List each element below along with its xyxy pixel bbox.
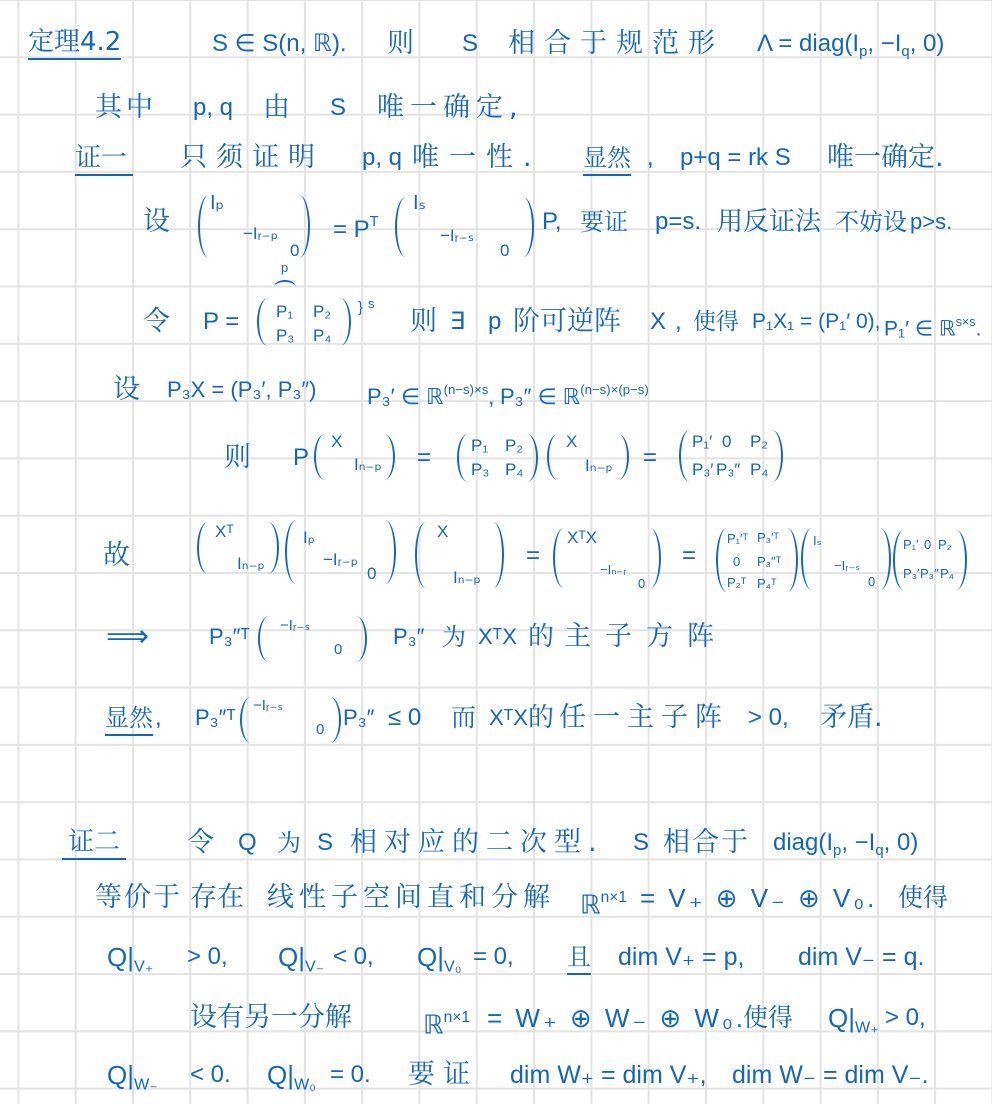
normal-form-sub-q: q: [901, 44, 909, 60]
left-paren: [257, 298, 268, 346]
normal-form: Λ = diag(Ip, −Iq, 0): [757, 28, 944, 60]
goal: p=s.: [655, 206, 701, 238]
but: 而: [451, 702, 476, 734]
matrix-entry: P₃″: [920, 566, 939, 582]
contradiction: 矛盾.: [820, 702, 883, 734]
subspace: W₊: [855, 1019, 879, 1037]
diag-rhs: , 0): [884, 829, 919, 856]
to-prove: 要证: [408, 1059, 478, 1091]
matrix-entry: Iₚ: [303, 528, 315, 548]
theorem-label: 定理4.2: [28, 26, 121, 60]
overbrace-icon: [274, 280, 296, 287]
matrix-entry: 0: [722, 432, 731, 452]
of: 的: [528, 702, 554, 734]
matrix-entry: −Iᵣ₋ₛ: [440, 226, 474, 246]
p3-transpose: P₃″ᵀ: [195, 702, 236, 734]
matrix-entry: P₃: [471, 460, 489, 480]
form-q: Q: [238, 827, 257, 859]
theorem-by: 由: [263, 92, 290, 124]
matrix-entry: Iₙ₋ₚ: [237, 554, 265, 574]
matrix-entry: P₂ᵀ: [727, 575, 746, 591]
matrix-entry: 0: [367, 564, 376, 584]
left-paren: [415, 522, 426, 588]
subspace: V₀: [444, 958, 461, 976]
subspace: V₋: [305, 958, 324, 976]
p3: P₃″: [343, 702, 374, 734]
left-paren: [457, 434, 468, 482]
gt-zero: > 0,: [748, 702, 789, 734]
real-dim: n×1: [444, 1009, 470, 1026]
matrix-entry: −Iᵣ₋ₛ: [834, 558, 860, 574]
xtx: XᵀX: [478, 621, 517, 653]
is: 为: [442, 621, 466, 653]
p1-in: P₁′ ∈ ℝ: [884, 317, 956, 340]
matrix-entry: 0: [316, 722, 324, 738]
such-that: 使得: [693, 306, 739, 338]
congruent-to: 相合于: [663, 827, 750, 859]
p1x1-equation: P₁X₁ = (P₁′ 0),: [752, 306, 880, 338]
left-paren: [285, 520, 296, 584]
right-paren: [772, 430, 783, 482]
equivalent-to: 等价于: [95, 882, 182, 914]
matrix-entry: 0: [733, 554, 740, 570]
dim-vminus: dim V₋ = q.: [798, 941, 924, 973]
implies-arrow-icon: ⟹: [106, 621, 149, 653]
right-paren: [523, 197, 534, 257]
proof1-label: 证一: [75, 142, 133, 176]
relation: = 0.: [330, 1059, 371, 1091]
q-restricted-vzero: Q|V₀: [417, 941, 461, 973]
of: 的: [528, 621, 554, 653]
transpose-mark: T: [370, 214, 379, 230]
q-bar: Q|: [107, 1060, 134, 1090]
q-restricted-vplus: Q|V₊: [107, 941, 153, 973]
matrix-entry: P₂: [938, 537, 952, 553]
matrix-entry: −Iₙ₋ᵣ: [600, 562, 626, 578]
p3a-in: P₃′ ∈ ℝ: [367, 384, 444, 409]
matrix-entry: Iₙ₋ₚ: [453, 568, 481, 588]
assumption: p>s.: [910, 206, 952, 238]
block-p4: P₄: [313, 326, 331, 346]
matrix-entry: Xᵀ: [215, 522, 234, 542]
eq-p: = P: [333, 216, 370, 243]
matrix-entry: Iₙ₋ₚ: [354, 455, 382, 475]
left-paren: [258, 616, 269, 662]
equals: =: [526, 540, 540, 572]
proof2-label: 证二: [62, 826, 126, 860]
such-that: 使得: [898, 882, 948, 914]
p3-prime-dimension: P₃′ ∈ ℝ(n−s)×s,: [367, 374, 494, 406]
w-decomposition: = W₊ ⊕ W₋ ⊕ W₀.: [487, 1002, 746, 1034]
right-paren: [340, 298, 351, 346]
right-paren: [299, 195, 310, 258]
diag-lhs: diag(I: [773, 829, 833, 856]
matrix-p: P: [293, 442, 309, 474]
matrix-entry: P₁′: [692, 432, 712, 452]
real-dim: n×1: [601, 889, 627, 906]
left-paren: [395, 197, 406, 257]
grid-note-page: 定理4.2 S ∈ S(n, ℝ). 则 S 相合于规范形 Λ = diag(I…: [0, 0, 992, 1104]
period: .: [976, 317, 982, 340]
p3a-dim: (n−s)×s: [444, 382, 489, 397]
row-brace-icon: }: [358, 298, 363, 318]
xtx: XᵀX: [489, 702, 528, 734]
real-symbol: ℝ: [580, 890, 601, 920]
matrix-entry: P₁′ᵀ: [727, 531, 748, 547]
matrix-entry: 0: [500, 241, 509, 261]
p1-dimension: P₁′ ∈ ℝs×s.: [884, 306, 981, 338]
theorem-then: 则: [387, 28, 414, 60]
direct-sum-decomposition: 线性子空间直和分解: [267, 882, 555, 914]
set: 设: [113, 374, 140, 406]
normal-form-lhs: Λ = diag(I: [757, 30, 859, 57]
theorem-pq: p, q: [193, 92, 233, 124]
matrix-entry: −Iᵣ₋ₚ: [323, 550, 358, 570]
q-restricted-wplus: Q|W₊: [828, 1002, 879, 1034]
matrix-entry: X: [437, 522, 448, 542]
proof1-only-need: 只须证明: [180, 142, 324, 174]
q-bar: Q|: [107, 942, 134, 972]
let: 令: [187, 827, 214, 859]
p3-double-prime-dimension: P₃″ ∈ ℝ(n−s)×(p−s): [500, 374, 649, 406]
theorem-subject: S: [462, 28, 478, 60]
q-bar: Q|: [828, 1003, 855, 1033]
p-eq: P =: [203, 306, 239, 338]
matrix-s: S: [317, 827, 333, 859]
right-paren: [384, 434, 395, 480]
block-p2: P₂: [313, 302, 331, 322]
relation: = 0,: [473, 941, 514, 973]
right-paren: [385, 520, 396, 584]
matrix-entry: Iₚ: [210, 193, 224, 213]
exists-symbol: ∃: [450, 306, 465, 338]
real-space: ℝn×1: [423, 1002, 470, 1034]
contradiction-method: 用反证法: [717, 206, 821, 238]
dim-vplus: dim V₊ = p,: [618, 941, 744, 973]
p3x-split: P₃X = (P₃′, P₃″): [167, 374, 316, 406]
matrix-entry: −Iᵣ₋ₛ: [253, 698, 283, 714]
left-paren: [547, 434, 558, 480]
real-symbol: ℝ: [423, 1010, 444, 1040]
relation: < 0,: [333, 941, 374, 973]
left-paren: [553, 528, 564, 588]
any-principal-minor: 任一主子阵: [559, 702, 729, 734]
matrix-s: S: [633, 827, 649, 859]
another-decomposition: 设有另一分解: [190, 1002, 352, 1034]
normal-form-rhs: , 0): [910, 30, 945, 57]
equals: =: [643, 442, 657, 474]
right-paren: [527, 434, 538, 482]
obviously: 显然: [105, 702, 153, 736]
theorem-where: 其中: [95, 92, 157, 124]
left-paren: [801, 528, 812, 590]
comma: ,: [488, 384, 494, 409]
matrix-entry: Iₛ: [813, 533, 821, 549]
p3-transpose: P₃″ᵀ: [209, 621, 250, 653]
left-paren: [240, 697, 251, 743]
equals: =: [417, 442, 431, 474]
matrix-entry: X: [331, 432, 342, 452]
right-paren: [356, 616, 367, 662]
proof1-obviously: 显然: [583, 142, 631, 176]
relation: > 0,: [885, 1002, 926, 1034]
right-paren: [650, 528, 661, 588]
leq-zero: ≤ 0: [388, 702, 421, 734]
matrix-entry: 0: [924, 537, 931, 553]
matrix-entry: P₂: [505, 436, 523, 456]
matrix-entry: P₄: [505, 460, 523, 480]
q-restricted-wzero: Q|W₀: [267, 1059, 316, 1091]
be: 为: [277, 827, 301, 859]
proof1-comma: ,: [647, 142, 654, 174]
v-decomposition: = V₊ ⊕ V₋ ⊕ V₀.: [640, 882, 877, 914]
proof1-pq: p, q: [362, 142, 402, 174]
proof1-rank-sum: p+q = rk S: [680, 142, 791, 174]
to-prove: 要证: [580, 206, 628, 238]
proof1-uniqueness: 唯一性.: [412, 142, 542, 174]
right-paren: [618, 434, 629, 480]
p3b-in: P₃″ ∈ ℝ: [500, 384, 580, 409]
subspace: W₀: [294, 1076, 316, 1094]
such-that: 使得: [743, 1002, 793, 1034]
left-paren: [679, 430, 690, 482]
right-paren: [787, 528, 798, 592]
real-space: ℝn×1: [580, 882, 627, 914]
then: 则: [410, 306, 437, 338]
matrix-entry: 0: [868, 574, 875, 590]
theorem-congruent: 相合于规范形: [508, 28, 724, 60]
matrix-entry: P₄: [750, 460, 768, 480]
p3: P₃″: [393, 621, 424, 653]
quadratic-form: 相对应的二次型.: [350, 827, 604, 859]
column-count-label: p: [281, 260, 288, 276]
right-paren: [493, 522, 504, 588]
matrix-x: X: [650, 306, 666, 338]
comma: ,: [675, 306, 682, 338]
p1-dim: s×s: [956, 315, 976, 329]
diag-form: diag(Ip, −Iq, 0): [773, 827, 918, 859]
matrix-entry: 0: [638, 576, 645, 592]
theorem-hypothesis: S ∈ S(n, ℝ).: [212, 28, 347, 60]
proof1-determined: 唯一确定.: [827, 142, 944, 174]
subspace: V₊: [134, 958, 153, 976]
diag-sub-q: q: [875, 843, 883, 859]
left-paren: [198, 195, 209, 258]
theorem-subject-2: S: [330, 92, 346, 124]
matrix-entry: −Iᵣ₋ₛ: [280, 618, 310, 634]
left-paren: [314, 434, 325, 480]
matrix-entry: P₃′: [903, 566, 919, 582]
matrix-entry: Iₛ: [413, 193, 426, 213]
matrix-entry: P₃″: [716, 460, 740, 480]
right-paren: [880, 528, 891, 590]
proof1-assume: 设: [143, 206, 170, 238]
q-bar: Q|: [417, 942, 444, 972]
matrix-entry: Iₙ₋ₚ: [585, 456, 613, 476]
q-bar: Q|: [267, 1060, 294, 1090]
matrix-entry: P₁: [471, 436, 488, 456]
q-restricted-wminus: Q|W₋: [107, 1059, 158, 1091]
matrix-entry: XᵀX: [567, 528, 597, 548]
relation: > 0,: [187, 941, 228, 973]
matrix-entry: 0: [334, 642, 342, 658]
right-paren: [956, 530, 967, 590]
row-count-label: s: [368, 296, 375, 312]
matrix-entry: −Iᵣ₋ₚ: [243, 224, 278, 244]
matrix-entry: P₄: [940, 566, 954, 582]
left-paren: [197, 522, 208, 574]
hence: 故: [103, 540, 130, 572]
subspace: W₋: [134, 1076, 158, 1094]
matrix-entry: P₃′: [692, 460, 713, 480]
congruence-eq: = PT: [333, 206, 379, 238]
theorem-uniquely-determined: 唯一确定,: [377, 92, 524, 124]
block-p3: P₃: [276, 326, 294, 346]
block-p1: P₁: [276, 302, 293, 322]
q-restricted-vminus: Q|V₋: [278, 941, 324, 973]
matrix-entry: X: [566, 432, 577, 452]
right-paren: [330, 697, 341, 743]
p3b-dim: (n−s)×(p−s): [580, 382, 649, 397]
comma: ,: [155, 702, 162, 734]
invertible-matrix: 阶可逆阵: [513, 306, 621, 338]
matrix-entry: P₂: [750, 432, 768, 452]
q-bar: Q|: [278, 942, 305, 972]
right-paren: [268, 522, 279, 574]
wlog: 不妨设: [835, 206, 907, 238]
p-comma: P,: [542, 206, 562, 238]
matrix-entry: P₃′ᵀ: [757, 530, 779, 546]
goal-dim-plus: dim W₊ = dim V₊,: [510, 1059, 707, 1091]
exists: 存在: [190, 882, 244, 914]
diag-mid: , −I: [841, 829, 875, 856]
equals: =: [682, 540, 696, 572]
goal-dim-minus: dim W₋ = dim V₋.: [732, 1059, 929, 1091]
left-paren: [716, 528, 727, 592]
matrix-entry: P₃″ᵀ: [757, 554, 781, 570]
normal-form-mid: , −I: [867, 30, 901, 57]
relation: < 0.: [190, 1059, 231, 1091]
order-p: p: [488, 306, 501, 338]
let: 令: [143, 306, 170, 338]
and: 且: [567, 941, 591, 975]
principal-submatrix: 主子方阵: [564, 621, 728, 653]
matrix-entry: P₁′: [903, 537, 919, 553]
then: 则: [224, 442, 251, 474]
matrix-entry: P₄ᵀ: [757, 576, 777, 592]
